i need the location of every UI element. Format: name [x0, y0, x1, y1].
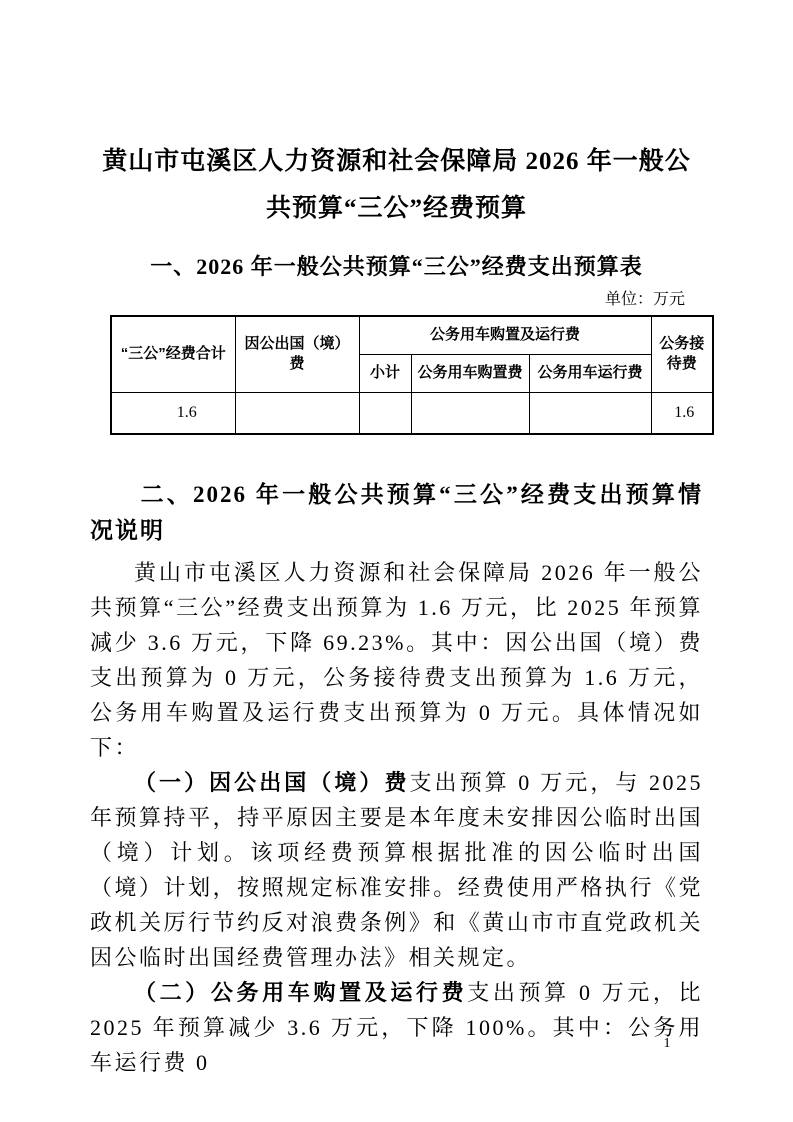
paragraph-vehicle: （二）公务用车购置及运行费支出预算 0 万元，比 2025 年预算减少 3.6 … — [90, 975, 703, 1080]
header-cell-abroad: 因公出国（境）费 — [235, 316, 359, 392]
budget-table: “三公”经费合计 因公出国（境）费 公务用车购置及运行费 公务接待费 小计 公务… — [110, 315, 714, 435]
value-total: 1.6 — [111, 392, 235, 434]
header-cell-reception: 公务接待费 — [651, 316, 713, 392]
page-title: 黄山市屯溪区人力资源和社会保障局 2026 年一般公 共预算“三公”经费预算 — [90, 138, 703, 232]
value-reception: 1.6 — [651, 392, 713, 434]
value-vehicle-operation — [529, 392, 651, 434]
header-cell-vehicle-subtotal: 小计 — [359, 354, 411, 392]
paragraph-overview-text: 黄山市屯溪区人力资源和社会保障局 2026 年一般公共预算“三公”经费支出预算为… — [90, 560, 703, 760]
page-title-line-2: 共预算“三公”经费预算 — [90, 185, 703, 232]
paragraph-abroad-text: 支出预算 0 万元，与 2025 年预算持平，持平原因主要是本年度未安排因公临时… — [90, 770, 703, 970]
body-text: 黄山市屯溪区人力资源和社会保障局 2026 年一般公共预算“三公”经费支出预算为… — [90, 555, 703, 1080]
page-title-line-1: 黄山市屯溪区人力资源和社会保障局 2026 年一般公 — [90, 138, 703, 185]
header-cell-vehicle-purchase: 公务用车购置费 — [411, 354, 529, 392]
header-cell-vehicle-group: 公务用车购置及运行费 — [359, 316, 651, 354]
unit-label: 单位：万元 — [90, 290, 703, 310]
document-body: 黄山市屯溪区人力资源和社会保障局 2026 年一般公 共预算“三公”经费预算 一… — [90, 0, 703, 1080]
document-page: { "document": { "title_lines": [ "黄山市屯溪区… — [0, 0, 793, 1122]
header-cell-vehicle-operation: 公务用车运行费 — [529, 354, 651, 392]
paragraph-vehicle-lead: （二）公务用车购置及运行费 — [134, 980, 467, 1005]
paragraph-abroad: （一）因公出国（境）费支出预算 0 万元，与 2025 年预算持平，持平原因主要… — [90, 765, 703, 975]
paragraph-overview: 黄山市屯溪区人力资源和社会保障局 2026 年一般公共预算“三公”经费支出预算为… — [90, 555, 703, 765]
page-number: 1 — [655, 1036, 679, 1052]
table-data-row: 1.6 1.6 — [111, 392, 713, 434]
section-2-heading: 二、2026 年一般公共预算“三公”经费支出预算情况说明 — [90, 477, 703, 549]
table-header-row-1: “三公”经费合计 因公出国（境）费 公务用车购置及运行费 公务接待费 — [111, 316, 713, 354]
section-1-heading: 一、2026 年一般公共预算“三公”经费支出预算表 — [90, 252, 703, 282]
value-vehicle-subtotal — [359, 392, 411, 434]
header-cell-total: “三公”经费合计 — [111, 316, 235, 392]
paragraph-abroad-lead: （一）因公出国（境）费 — [134, 770, 410, 795]
value-abroad — [235, 392, 359, 434]
value-vehicle-purchase — [411, 392, 529, 434]
